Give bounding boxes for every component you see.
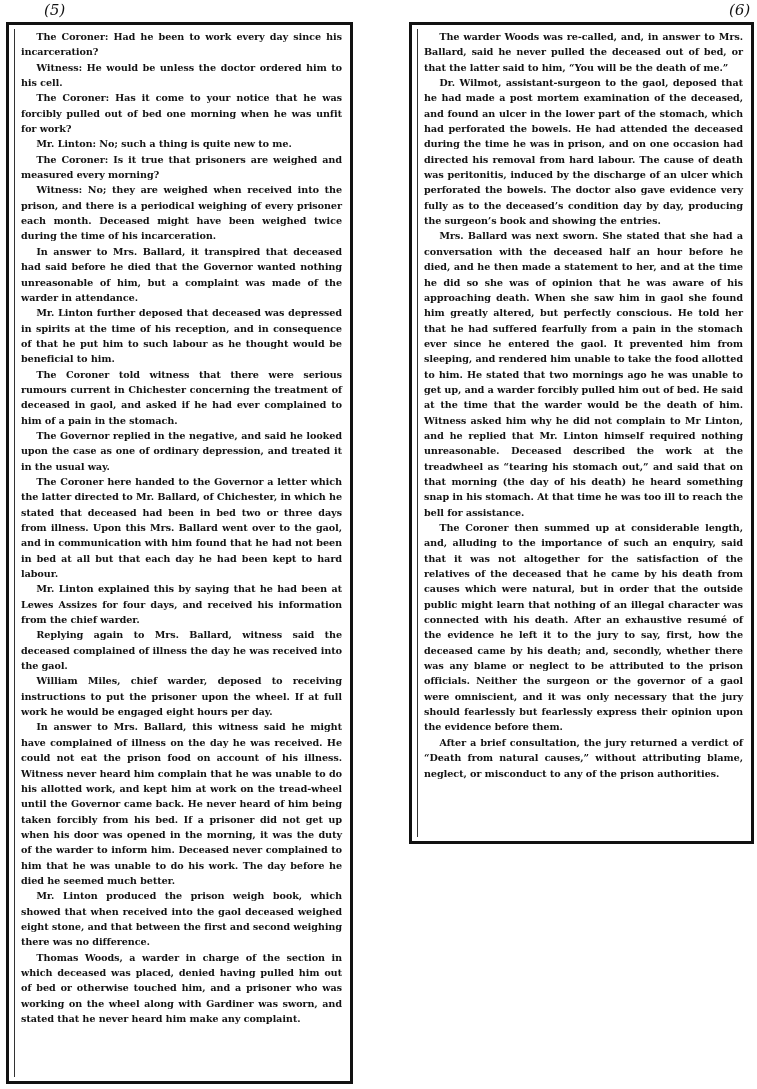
paragraph: Mr. Linton produced the prison weigh boo… xyxy=(21,889,342,950)
page-number-5: (5) xyxy=(44,0,65,20)
paragraph: The Coroner told witness that there were… xyxy=(21,368,342,429)
paragraph: The Coroner: Has it come to your notice … xyxy=(21,91,342,137)
paragraph: Mr. Linton: No; such a thing is quite ne… xyxy=(21,137,342,152)
article-column-6: The warder Woods was re-called, and, in … xyxy=(424,30,743,782)
paragraph: The Governor replied in the negative, an… xyxy=(21,429,342,475)
clipping-page-5: The Coroner: Had he been to work every d… xyxy=(6,22,353,1084)
paragraph: The Coroner: Is it true that prisoners a… xyxy=(21,153,342,184)
paragraph: Replying again to Mrs. Ballard, witness … xyxy=(21,628,342,674)
paragraph: The Coroner: Had he been to work every d… xyxy=(21,30,342,61)
paragraph: The Coroner here handed to the Governor … xyxy=(21,475,342,582)
paragraph: William Miles, chief warder, deposed to … xyxy=(21,674,342,720)
paragraph: In answer to Mrs. Ballard, this witness … xyxy=(21,720,342,889)
clipping-page-6: The warder Woods was re-called, and, in … xyxy=(409,22,754,844)
paragraph: In answer to Mrs. Ballard, it transpired… xyxy=(21,245,342,306)
paragraph: After a brief consultation, the jury ret… xyxy=(424,736,743,782)
paragraph: Mr. Linton further deposed that deceased… xyxy=(21,306,342,367)
column-rule xyxy=(14,29,15,1077)
paragraph: Dr. Wilmot, assistant-surgeon to the gao… xyxy=(424,76,743,229)
paragraph: Thomas Woods, a warder in charge of the … xyxy=(21,951,342,1028)
paragraph: Witness: He would be unless the doctor o… xyxy=(21,61,342,92)
paragraph: Witness: No; they are weighed when recei… xyxy=(21,183,342,244)
paragraph: The warder Woods was re-called, and, in … xyxy=(424,30,743,76)
article-column-5: The Coroner: Had he been to work every d… xyxy=(21,30,342,1027)
paragraph: Mr. Linton explained this by saying that… xyxy=(21,582,342,628)
page-number-6: (6) xyxy=(729,0,750,20)
paragraph: Mrs. Ballard was next sworn. She stated … xyxy=(424,229,743,521)
paragraph: The Coroner then summed up at considerab… xyxy=(424,521,743,736)
column-rule xyxy=(417,29,418,837)
